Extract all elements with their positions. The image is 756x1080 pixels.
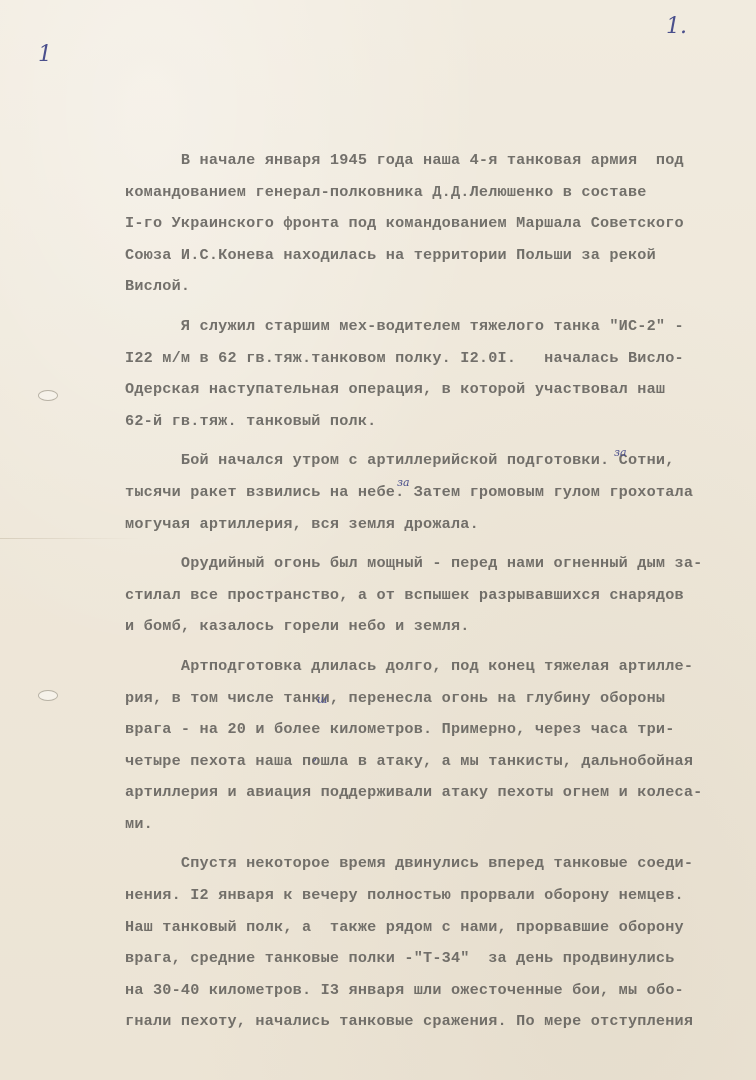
paragraph-gap bbox=[125, 1038, 715, 1046]
text-line: Одерская наступательная операция, в кото… bbox=[125, 374, 715, 406]
text-line: 62-й гв.тяж. танковый полк. bbox=[125, 406, 715, 438]
paragraph: В начале января 1945 года наша 4-я танко… bbox=[125, 145, 715, 303]
text-line: и бомб, казалось горели небо и земля. bbox=[125, 611, 715, 643]
handwritten-annotation: , bbox=[313, 748, 317, 764]
text-line: стилал все пространство, а от вспышек ра… bbox=[125, 580, 715, 612]
text-line: рия, в том числе танки, перенесла огонь … bbox=[125, 683, 715, 715]
paragraph: Орудийный огонь был мощный - перед нами … bbox=[125, 548, 715, 643]
text-line: четыре пехота наша пошла в атаку, а мы т… bbox=[125, 746, 715, 778]
handwritten-page-number-right: 1. bbox=[666, 14, 687, 39]
text-line: командованием генерал-полковника Д.Д.Лел… bbox=[125, 177, 715, 209]
text-line: Вислой. bbox=[125, 271, 715, 303]
text-line: Союза И.С.Конева находилась на территори… bbox=[125, 240, 715, 272]
paragraph: Бой начался утром с артиллерийской подго… bbox=[125, 445, 715, 540]
text-line: Артподготовка длилась долго, под конец т… bbox=[125, 651, 715, 683]
text-line: врага - на 20 и более километров. Пример… bbox=[125, 714, 715, 746]
typewritten-body: В начале января 1945 года наша 4-я танко… bbox=[125, 145, 715, 1046]
text-line: могучая артиллерия, вся земля дрожала. bbox=[125, 509, 715, 541]
paragraph-gap bbox=[125, 303, 715, 311]
text-line: Наш танковый полк, а также рядом с нами,… bbox=[125, 912, 715, 944]
handwritten-annotation: за bbox=[614, 446, 627, 459]
text-line: Я служил старшим мех-водителем тяжелого … bbox=[125, 311, 715, 343]
document-page: 1 1. В начале января 1945 года наша 4-я … bbox=[0, 0, 756, 1080]
text-line: на 30-40 километров. I3 января шли ожест… bbox=[125, 975, 715, 1007]
text-line: ми. bbox=[125, 809, 715, 841]
paragraph: Артподготовка длилась долго, под конец т… bbox=[125, 651, 715, 841]
text-line: гнали пехоту, начались танковые сражения… bbox=[125, 1006, 715, 1038]
text-line: артиллерия и авиация поддерживали атаку … bbox=[125, 777, 715, 809]
text-line: тысячи ракет взвились на небе. Затем гро… bbox=[125, 477, 715, 509]
handwritten-page-number-left: 1 bbox=[38, 42, 52, 67]
text-line: врага, средние танковые полки -"Т-34" за… bbox=[125, 943, 715, 975]
paragraph-gap bbox=[125, 540, 715, 548]
paper-fold bbox=[0, 538, 140, 539]
paragraph: Спустя некоторое время двинулись вперед … bbox=[125, 848, 715, 1038]
paragraph-gap bbox=[125, 437, 715, 445]
text-line: нения. I2 января к вечеру полностью прор… bbox=[125, 880, 715, 912]
paragraph: Я служил старшим мех-водителем тяжелого … bbox=[125, 311, 715, 437]
text-line: I22 м/м в 62 гв.тяж.танковом полку. I2.0… bbox=[125, 343, 715, 375]
handwritten-annotation: за bbox=[397, 476, 410, 489]
punch-hole-icon bbox=[38, 390, 58, 401]
text-line: I-го Украинского фронта под командование… bbox=[125, 208, 715, 240]
text-line: Спустя некоторое время двинулись вперед … bbox=[125, 848, 715, 880]
paragraph-gap bbox=[125, 643, 715, 651]
punch-hole-icon bbox=[38, 690, 58, 701]
handwritten-annotation: ш bbox=[317, 693, 327, 706]
text-line: В начале января 1945 года наша 4-я танко… bbox=[125, 145, 715, 177]
text-line: Орудийный огонь был мощный - перед нами … bbox=[125, 548, 715, 580]
paragraph-gap bbox=[125, 840, 715, 848]
